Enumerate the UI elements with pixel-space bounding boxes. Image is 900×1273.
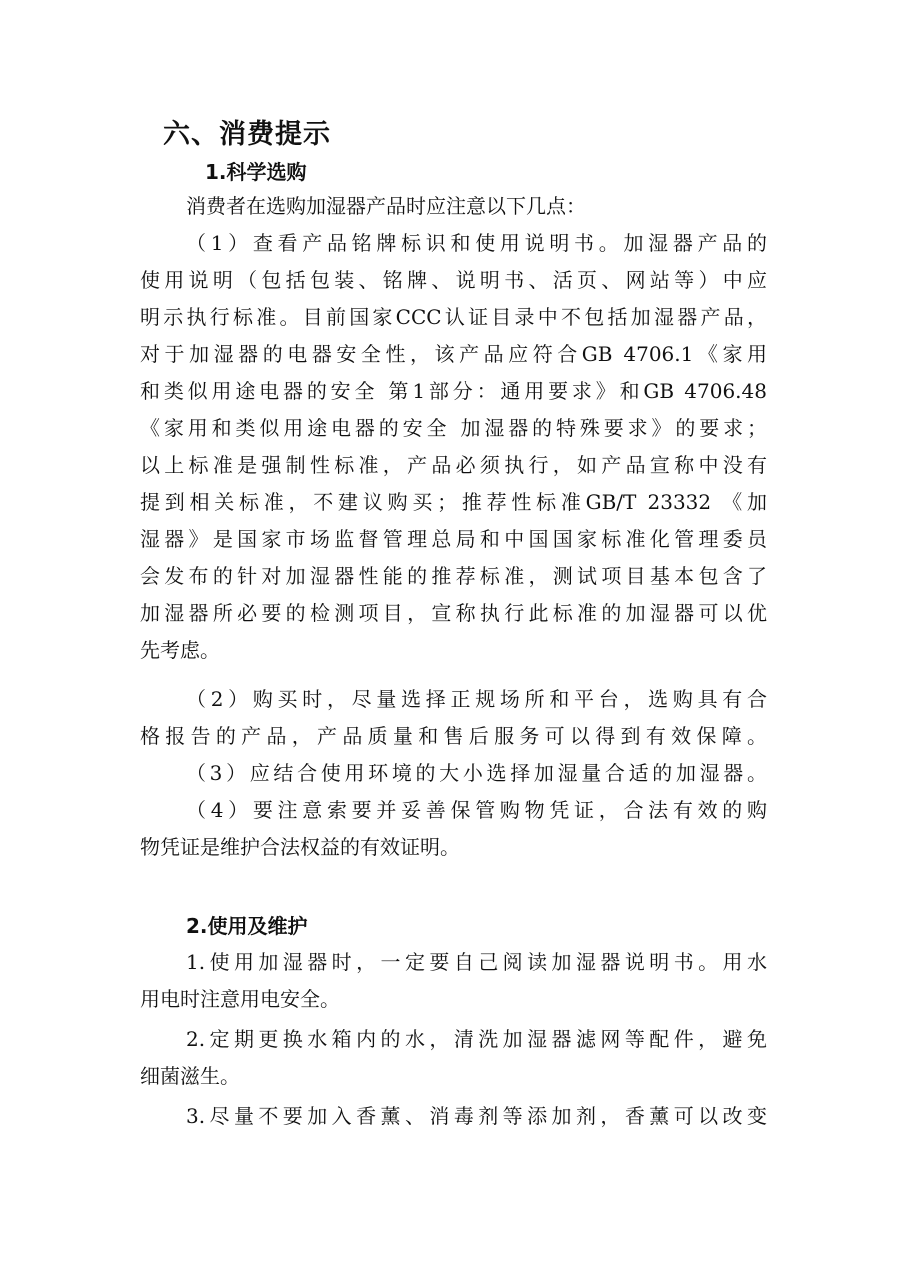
section-title: 六、消费提示 — [163, 112, 331, 151]
paragraph-line: 用电时注意用电安全。 — [140, 987, 767, 1011]
paragraph-line: 《家用和类似用途电器的安全 加湿器的特殊要求》的要求； — [140, 416, 767, 440]
document-page: 六、消费提示 1.科学选购 消费者在选购加湿器产品时应注意以下几点： （1）查看… — [0, 0, 900, 1273]
paragraph-line: 2.定期更换水箱内的水，清洗加湿器滤网等配件，避免 — [186, 1027, 767, 1051]
paragraph-line: 3.尽量不要加入香薰、消毒剂等添加剂，香薰可以改变 — [186, 1104, 767, 1128]
subsection-heading-use-maintenance: 2.使用及维护 — [186, 910, 308, 939]
paragraph-line: 使用说明（包括包装、铭牌、说明书、活页、网站等）中应 — [140, 268, 767, 292]
paragraph-line: 物凭证是维护合法权益的有效证明。 — [140, 835, 767, 859]
paragraph-line: （1）查看产品铭牌标识和使用说明书。加湿器产品的 — [186, 231, 767, 255]
paragraph-line: 1.使用加湿器时，一定要自己阅读加湿器说明书。用水 — [186, 950, 767, 974]
paragraph-line: （4）要注意索要并妥善保管购物凭证，合法有效的购 — [186, 798, 767, 822]
paragraph-line: （3）应结合使用环境的大小选择加湿量合适的加湿器。 — [186, 761, 767, 785]
paragraph-line: 加湿器所必要的检测项目，宣称执行此标准的加湿器可以优 — [140, 601, 767, 625]
subsection-heading-purchase: 1.科学选购 — [205, 156, 307, 185]
paragraph-line: 消费者在选购加湿器产品时应注意以下几点： — [186, 194, 767, 218]
paragraph-line: 提到相关标准，不建议购买；推荐性标准GB/T 23332 《加 — [140, 490, 767, 514]
paragraph-line: 明示执行标准。目前国家CCC认证目录中不包括加湿器产品， — [140, 305, 767, 329]
paragraph-line: 格报告的产品，产品质量和售后服务可以得到有效保障。 — [140, 724, 767, 748]
paragraph-line: 对于加湿器的电器安全性，该产品应符合GB 4706.1《家用 — [140, 342, 767, 366]
paragraph-line: 先考虑。 — [140, 638, 767, 662]
paragraph-line: 和类似用途电器的安全 第1部分：通用要求》和GB 4706.48 — [140, 379, 767, 403]
paragraph-line: 湿器》是国家市场监督管理总局和中国国家标准化管理委员 — [140, 527, 767, 551]
paragraph-line: 以上标准是强制性标准，产品必须执行，如产品宣称中没有 — [140, 453, 767, 477]
paragraph-line: 会发布的针对加湿器性能的推荐标准，测试项目基本包含了 — [140, 564, 767, 588]
paragraph-line: （2）购买时，尽量选择正规场所和平台，选购具有合 — [186, 687, 767, 711]
paragraph-line: 细菌滋生。 — [140, 1064, 767, 1088]
